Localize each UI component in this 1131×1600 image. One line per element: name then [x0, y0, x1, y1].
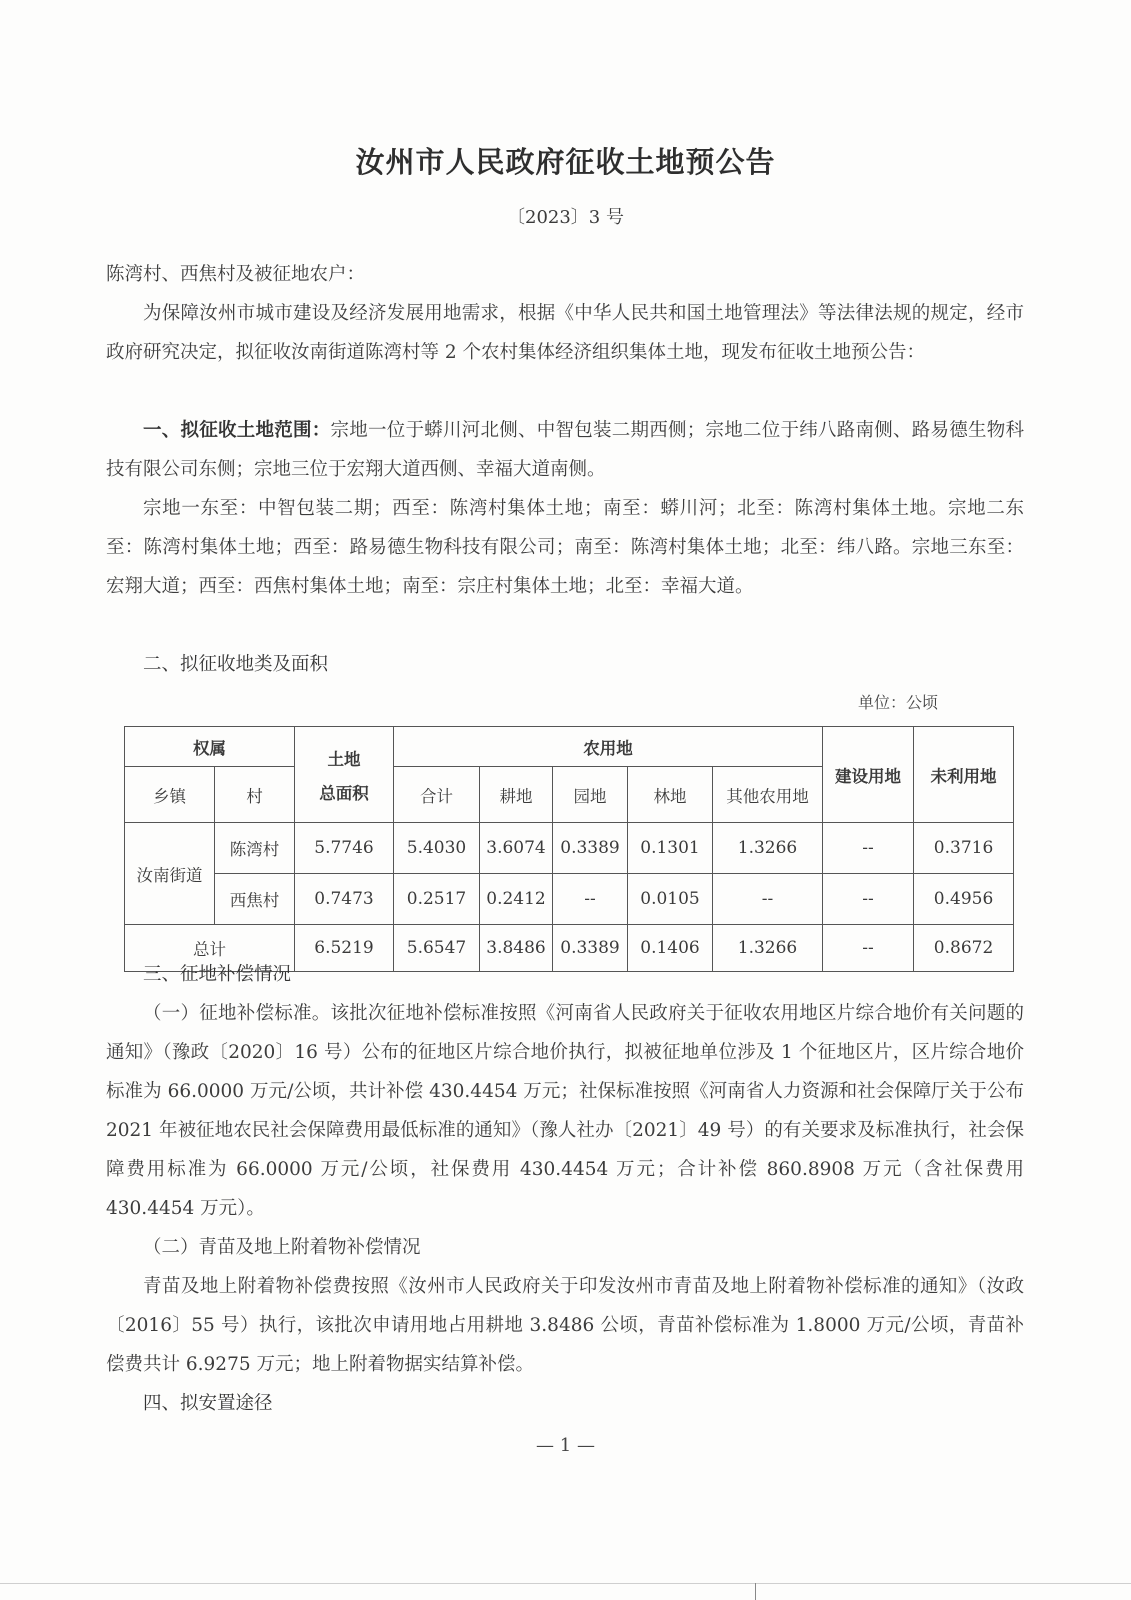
table-unit-label: 单位：公顷 [858, 690, 938, 713]
township-cell: 汝南街道 [125, 823, 215, 925]
header-other-agri: 其他农用地 [713, 767, 823, 823]
land-area-table: 权属 土地 总面积 农用地 建设用地 未利用地 乡镇 村 合计 耕地 园地 林地… [124, 726, 1014, 972]
header-garden: 园地 [553, 767, 628, 823]
header-village: 村 [215, 767, 295, 823]
arable-cell: 0.2412 [480, 874, 553, 925]
section2-heading: 二、拟征收地类及面积 [106, 645, 1024, 684]
section4-heading: 四、拟安置途径 [106, 1384, 1024, 1423]
forest-cell: 0.1301 [628, 823, 713, 874]
section3-heading: 三、征地补偿情况 [106, 955, 1024, 994]
subtotal-cell: 0.2517 [394, 874, 480, 925]
header-subtotal: 合计 [394, 767, 480, 823]
forest-cell: 0.0105 [628, 874, 713, 925]
table-row: 西焦村 0.7473 0.2517 0.2412 -- 0.0105 -- --… [125, 874, 1014, 925]
header-forest: 林地 [628, 767, 713, 823]
garden-cell: -- [553, 874, 628, 925]
subtotal-cell: 5.4030 [394, 823, 480, 874]
header-total-area-line2: 总面积 [295, 780, 393, 804]
section3-sub2-heading: （二）青苗及地上附着物补偿情况 [106, 1228, 1024, 1267]
unused-cell: 0.3716 [914, 823, 1014, 874]
header-agricultural: 农用地 [394, 727, 823, 767]
section3-sub1: （一）征地补偿标准。该批次征地补偿标准按照《河南省人民政府关于征收农用地区片综合… [106, 994, 1024, 1228]
other-agri-cell: -- [713, 874, 823, 925]
garden-cell: 0.3389 [553, 823, 628, 874]
intro-paragraph: 为保障汝州市城市建设及经济发展用地需求，根据《中华人民共和国土地管理法》等法律法… [106, 294, 1024, 372]
section1-paragraph: 一、拟征收土地范围：宗地一位于蟒川河北侧、中智包装二期西侧；宗地二位于纬八路南侧… [106, 411, 1024, 489]
construction-cell: -- [823, 874, 914, 925]
arable-cell: 3.6074 [480, 823, 553, 874]
header-total-area-line1: 土地 [295, 746, 393, 770]
document-title: 汝州市人民政府征收土地预公告 [0, 140, 1131, 181]
header-total-area: 土地 总面积 [295, 727, 394, 823]
header-unused: 未利用地 [914, 727, 1014, 823]
section3-sub2-text: 青苗及地上附着物补偿费按照《汝州市人民政府关于印发汝州市青苗及地上附着物补偿标准… [106, 1267, 1024, 1384]
unused-cell: 0.4956 [914, 874, 1014, 925]
header-township: 乡镇 [125, 767, 215, 823]
village-cell: 西焦村 [215, 874, 295, 925]
total-cell: 0.7473 [295, 874, 394, 925]
header-construction: 建设用地 [823, 727, 914, 823]
other-agri-cell: 1.3266 [713, 823, 823, 874]
village-cell: 陈湾村 [215, 823, 295, 874]
table-row: 汝南街道 陈湾村 5.7746 5.4030 3.6074 0.3389 0.1… [125, 823, 1014, 874]
section1-boundaries: 宗地一东至：中智包装二期；西至：陈湾村集体土地；南至：蟒川河；北至：陈湾村集体土… [106, 489, 1024, 606]
page-bottom-tick [755, 1583, 756, 1600]
total-cell: 5.7746 [295, 823, 394, 874]
construction-cell: -- [823, 823, 914, 874]
page-bottom-divider [0, 1583, 1131, 1584]
section1-heading: 一、拟征收土地范围： [143, 420, 331, 441]
header-ownership: 权属 [125, 727, 295, 767]
salutation: 陈湾村、西焦村及被征地农户： [106, 255, 1024, 294]
page-number: — 1 — [0, 1435, 1131, 1456]
header-arable: 耕地 [480, 767, 553, 823]
document-number: 〔2023〕3 号 [0, 203, 1131, 229]
